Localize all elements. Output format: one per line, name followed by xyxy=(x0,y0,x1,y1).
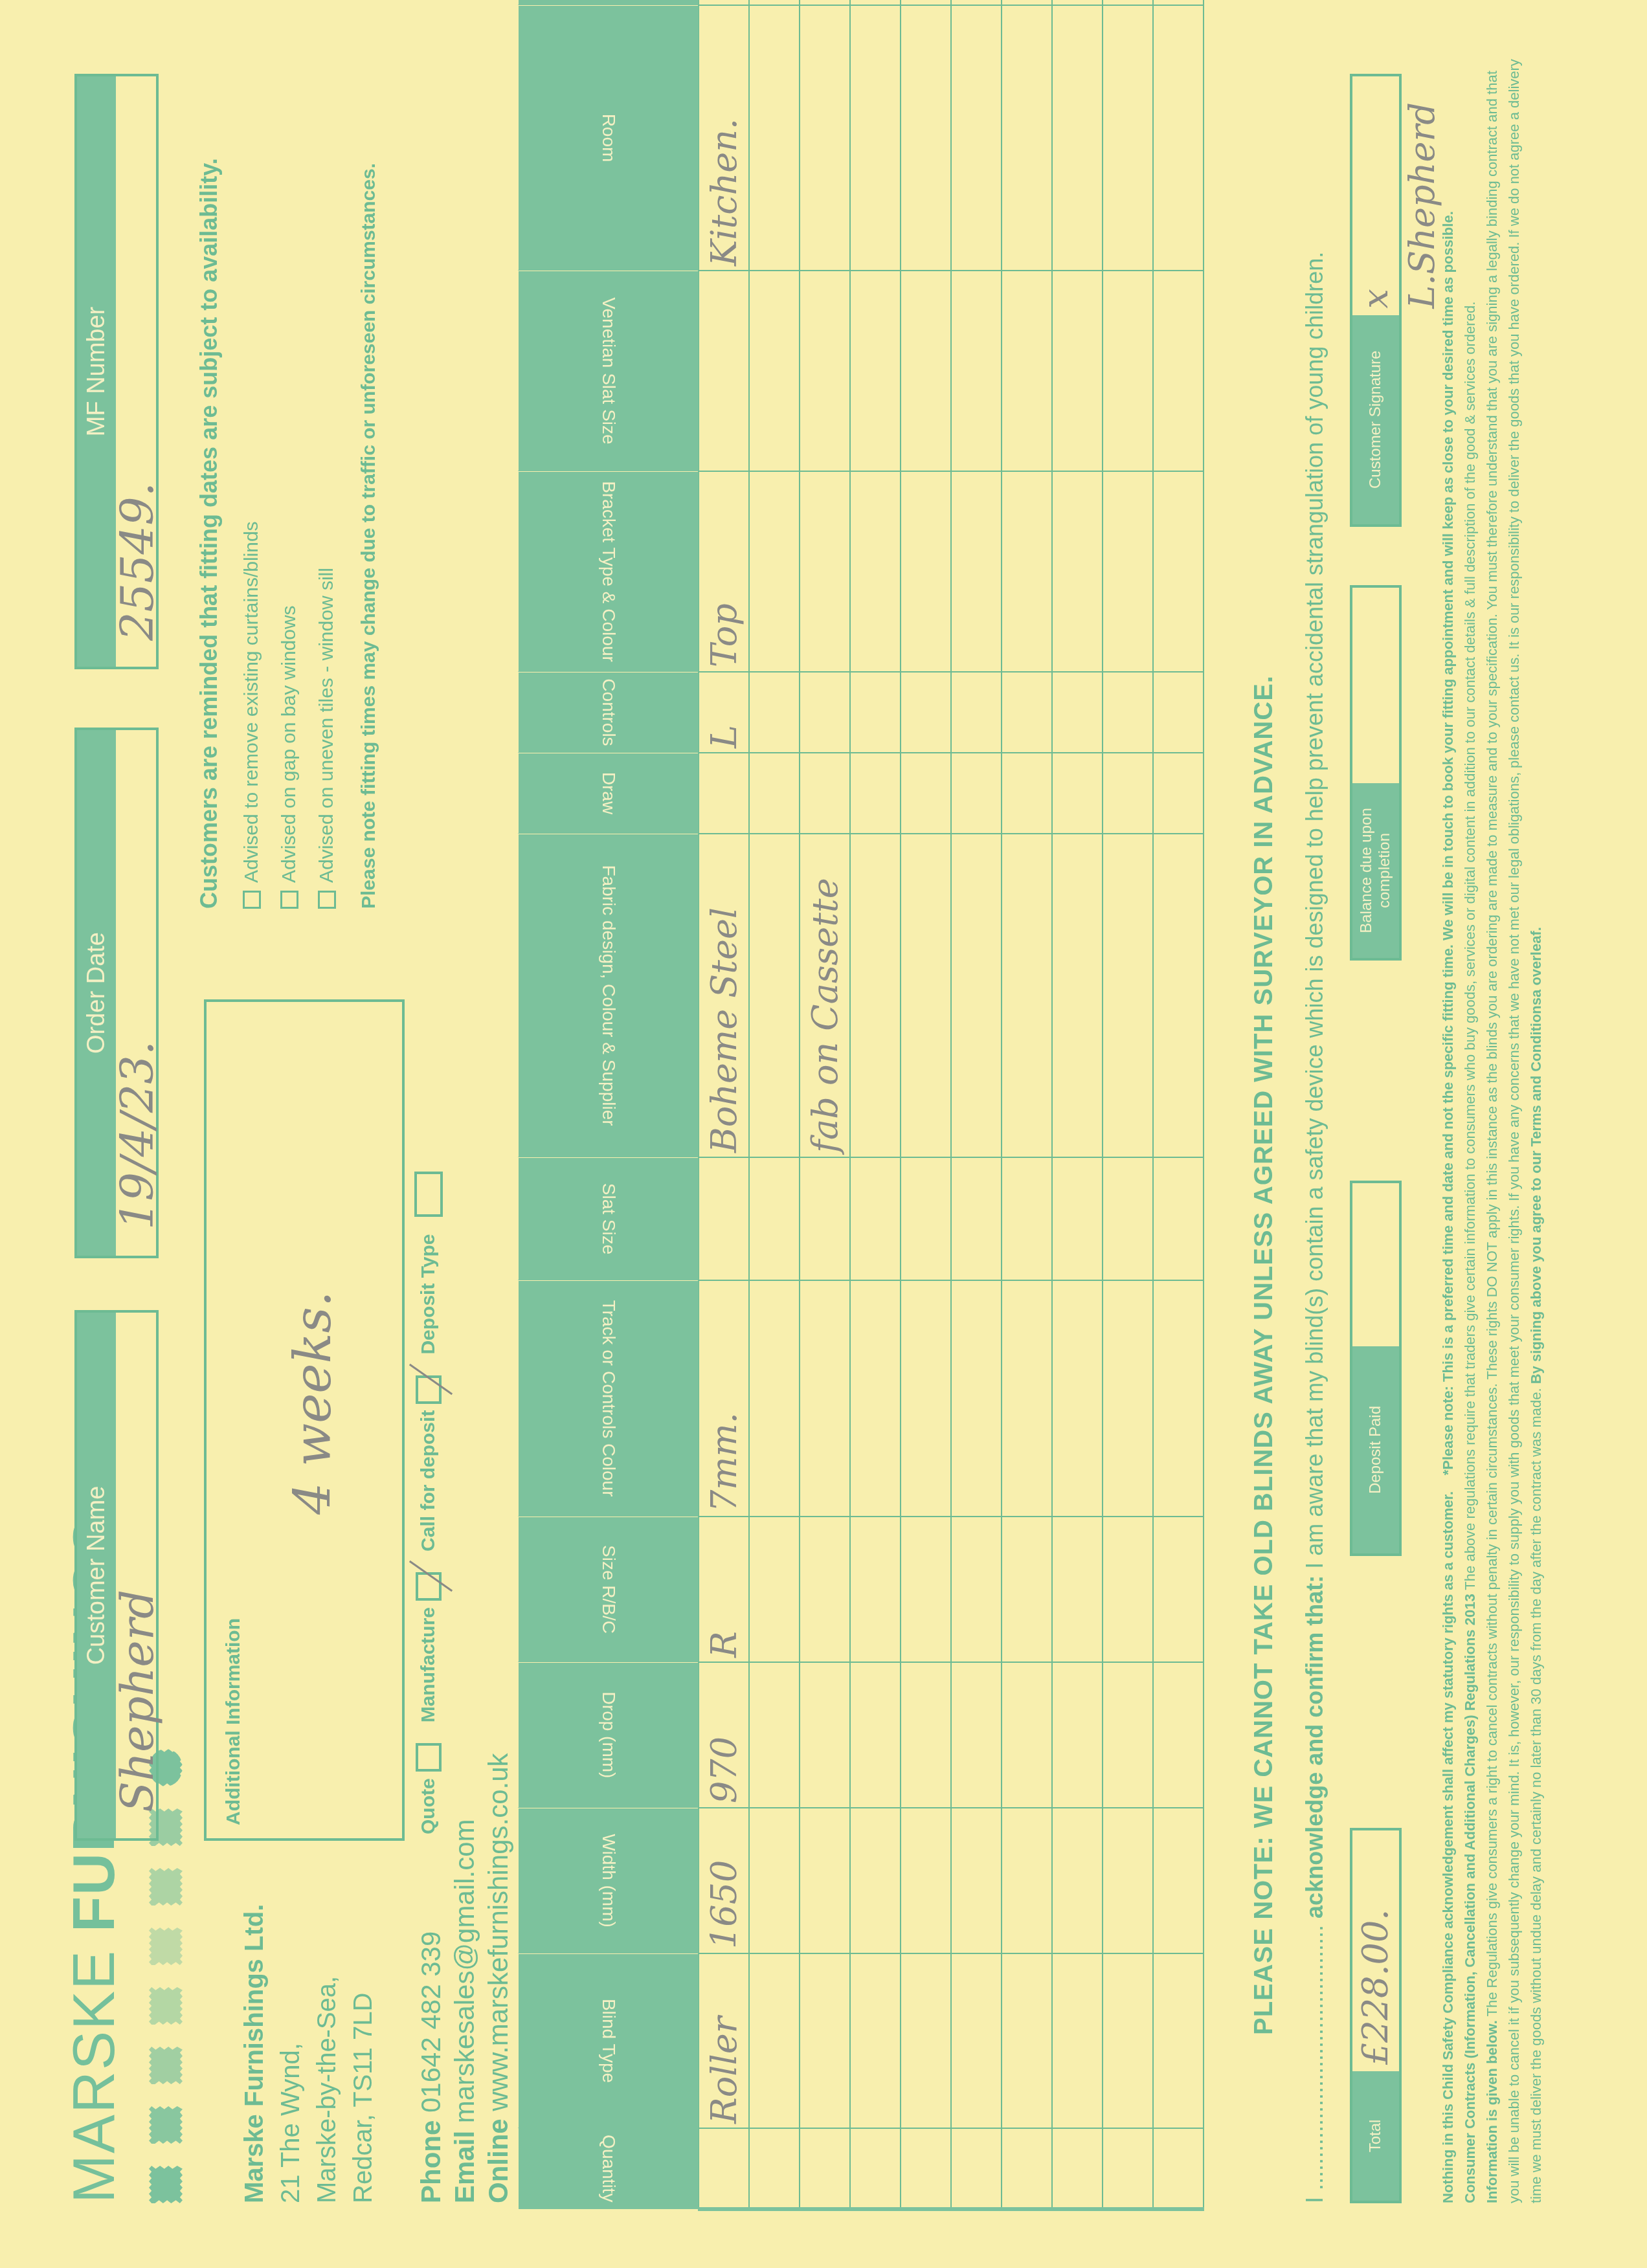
table-row xyxy=(1103,0,1153,2209)
table-cell[interactable] xyxy=(951,1280,1002,1517)
advice-label: Advised on uneven tiles - window sill xyxy=(317,568,337,883)
table-cell[interactable] xyxy=(1052,834,1103,1157)
table-cell[interactable] xyxy=(1052,1808,1103,1953)
table-cell[interactable] xyxy=(850,672,901,753)
table-cell[interactable] xyxy=(1103,1808,1153,1953)
table-cell[interactable] xyxy=(749,672,800,753)
table-cell[interactable] xyxy=(951,1157,1002,1280)
table-cell[interactable] xyxy=(850,1953,901,2128)
advice-check-item[interactable]: Advised on uneven tiles - window sill xyxy=(317,100,337,909)
table-cell[interactable] xyxy=(749,471,800,672)
table-cell[interactable] xyxy=(1002,1662,1052,1808)
regulations-text: The above regulations require that trade… xyxy=(1462,302,1478,1590)
column-header: Quantity xyxy=(518,2128,699,2209)
website-url: www.marskefurnishings.co.uk xyxy=(483,1753,513,2111)
scanned-page: MARSKE FURNISHINGS Marske Furnishings Lt… xyxy=(0,0,1647,2268)
table-cell[interactable] xyxy=(901,471,951,672)
balance-due-value[interactable] xyxy=(1352,777,1399,783)
table-cell[interactable] xyxy=(901,1662,951,1808)
table-cell[interactable] xyxy=(1052,1517,1103,1662)
table-cell[interactable] xyxy=(1153,1953,1204,2128)
table-cell[interactable] xyxy=(1103,0,1153,5)
customer-name-label: Customer Name xyxy=(77,1313,116,1838)
quote-checkbox[interactable] xyxy=(416,1743,442,1772)
table-cell[interactable] xyxy=(1153,1517,1204,1662)
table-cell[interactable] xyxy=(951,5,1002,271)
table-cell[interactable] xyxy=(951,0,1002,5)
table-cell[interactable] xyxy=(850,834,901,1157)
additional-info-box[interactable]: Additional Information 4 weeks. xyxy=(204,999,405,1841)
table-cell[interactable] xyxy=(901,753,951,834)
table-cell[interactable] xyxy=(901,1280,951,1517)
table-cell[interactable]: Boheme Steel xyxy=(699,834,749,1157)
table-cell[interactable] xyxy=(951,1953,1002,2128)
order-date-field[interactable]: Order Date 19/4/23. xyxy=(74,728,159,1258)
table-cell[interactable] xyxy=(800,471,850,672)
table-cell[interactable] xyxy=(699,753,749,834)
table-cell[interactable] xyxy=(901,5,951,271)
fine-print: Nothing in this Child Safety Compliance … xyxy=(1437,48,1547,2203)
table-cell[interactable] xyxy=(1052,1662,1103,1808)
customer-signature-label: Customer Signature xyxy=(1352,315,1399,524)
address-line: Redcar, TS11 7LD xyxy=(345,1904,381,2203)
call-for-deposit-label: Call for deposit xyxy=(418,1410,440,1551)
table-cell[interactable]: 7mm. xyxy=(699,1280,749,1517)
table-cell[interactable] xyxy=(1103,753,1153,834)
table-cell[interactable] xyxy=(749,1280,800,1517)
table-cell[interactable] xyxy=(749,0,800,5)
table-cell[interactable] xyxy=(1052,0,1103,5)
ack-heading: acknowledge and confirm that: xyxy=(1301,1575,1328,1918)
call-for-deposit-checkbox[interactable] xyxy=(416,1375,442,1404)
table-body: Roller1650970R7mm.Boheme SteelLTopKitche… xyxy=(699,0,1204,2209)
table-cell[interactable] xyxy=(850,1517,901,1662)
fitting-time-warning: Please note fitting times may change due… xyxy=(356,100,382,909)
table-cell[interactable] xyxy=(1002,1953,1052,2128)
table-cell[interactable] xyxy=(1103,834,1153,1157)
table-cell[interactable] xyxy=(1002,1157,1052,1280)
customer-signature-value[interactable]: x L.Shepherd xyxy=(1352,76,1399,315)
column-header: Controls xyxy=(518,672,699,753)
fitting-reminder: Customers are reminded that fitting date… xyxy=(194,100,224,909)
table-cell[interactable] xyxy=(901,1157,951,1280)
table-cell[interactable] xyxy=(749,1953,800,2128)
additional-info-value[interactable]: 4 weeks. xyxy=(284,1291,342,1515)
swatch-icon xyxy=(149,2047,183,2084)
column-header: Venetian Slat Size xyxy=(518,271,699,471)
ack-text: I am aware that my blind(s) contain a sa… xyxy=(1301,252,1328,1575)
table-cell[interactable] xyxy=(1103,1517,1153,1662)
table-cell[interactable] xyxy=(951,834,1002,1157)
balance-due-label: Balance due upon completion xyxy=(1352,783,1399,958)
table-cell[interactable] xyxy=(901,1953,951,2128)
table-row xyxy=(901,0,951,2209)
column-header: Bracket Type & Colour xyxy=(518,471,699,672)
table-row: fab on Cassette xyxy=(800,0,850,2209)
table-cell[interactable] xyxy=(749,1808,800,1953)
info-heading: Information is given below. xyxy=(1484,2020,1500,2203)
company-name: Marske Furnishings Ltd. xyxy=(236,1904,273,2203)
table-cell[interactable] xyxy=(699,2128,749,2209)
table-cell[interactable]: 900 xyxy=(699,0,749,5)
table-cell[interactable] xyxy=(749,1157,800,1280)
column-header: Fabric design, Colour & Supplier xyxy=(518,834,699,1157)
table-row xyxy=(850,0,901,2209)
swatch-icon xyxy=(149,1928,183,1965)
table-cell[interactable] xyxy=(901,1517,951,1662)
table-cell[interactable] xyxy=(1052,1280,1103,1517)
mf-number-field[interactable]: MF Number 25549. xyxy=(74,74,159,669)
balance-due-field[interactable]: Balance due upon completion xyxy=(1350,585,1402,961)
table-cell[interactable] xyxy=(1002,753,1052,834)
deposit-paid-field[interactable]: Deposit Paid xyxy=(1350,1181,1402,1556)
customer-name-field[interactable]: Customer Name Shepherd xyxy=(74,1310,159,1841)
quote-label: Quote xyxy=(418,1778,440,1834)
table-cell[interactable] xyxy=(1052,471,1103,672)
table-cell[interactable]: Top xyxy=(699,471,749,672)
table-cell[interactable] xyxy=(1153,834,1204,1157)
table-cell[interactable] xyxy=(1153,1280,1204,1517)
table-cell[interactable] xyxy=(850,1157,901,1280)
table-cell[interactable] xyxy=(1103,1662,1153,1808)
table-cell[interactable] xyxy=(800,0,850,5)
table-cell[interactable] xyxy=(1002,0,1052,5)
table-row: Roller1650970R7mm.Boheme SteelLTopKitche… xyxy=(699,0,749,2209)
table-cell[interactable] xyxy=(1002,271,1052,471)
table-cell[interactable] xyxy=(850,0,901,5)
email-label: Email xyxy=(449,2131,480,2203)
table-cell[interactable] xyxy=(749,1517,800,1662)
table-cell[interactable] xyxy=(1153,471,1204,672)
table-cell[interactable] xyxy=(800,1808,850,1953)
swatch-icon xyxy=(149,2106,183,2144)
table-cell[interactable] xyxy=(1103,5,1153,271)
table-cell[interactable] xyxy=(951,672,1002,753)
table-cell[interactable] xyxy=(1052,1157,1103,1280)
mf-number-label: MF Number xyxy=(77,76,116,667)
table-cell[interactable] xyxy=(699,271,749,471)
table-cell[interactable] xyxy=(951,2128,1002,2209)
table-cell[interactable] xyxy=(749,271,800,471)
terms-agreement: By signing above you agree to our Terms … xyxy=(1528,927,1544,1384)
table-cell[interactable]: 1650 xyxy=(699,1808,749,1953)
preferred-time-note: *Please note: This is a preferred time a… xyxy=(1440,211,1456,1475)
column-header: Size R/B/C xyxy=(518,1517,699,1662)
table-cell[interactable] xyxy=(1103,672,1153,753)
table-cell[interactable] xyxy=(901,2128,951,2209)
deposit-type-field[interactable] xyxy=(414,1172,443,1217)
table-cell[interactable] xyxy=(1052,5,1103,271)
column-header: Blind Type xyxy=(518,1953,699,2128)
table-cell[interactable] xyxy=(1153,0,1204,5)
table-cell[interactable] xyxy=(1103,1157,1153,1280)
table-cell[interactable]: R xyxy=(699,1517,749,1662)
table-cell[interactable] xyxy=(951,271,1002,471)
table-cell[interactable]: 970 xyxy=(699,1662,749,1808)
table-cell[interactable] xyxy=(1052,2128,1103,2209)
advice-check-item[interactable]: Advised to remove existing curtains/blin… xyxy=(242,100,262,909)
column-header: Room xyxy=(518,5,699,271)
table-cell[interactable] xyxy=(800,672,850,753)
table-row xyxy=(749,0,800,2209)
table-row xyxy=(951,0,1002,2209)
table-cell[interactable] xyxy=(850,1808,901,1953)
table-cell[interactable] xyxy=(800,271,850,471)
table-row xyxy=(1153,0,1204,2209)
table-cell[interactable] xyxy=(1103,271,1153,471)
table-cell[interactable] xyxy=(1002,2128,1052,2209)
table-cell[interactable] xyxy=(1052,1953,1103,2128)
old-blinds-notice: PLEASE NOTE: WE CANNOT TAKE OLD BLINDS A… xyxy=(1249,675,1279,2035)
table-cell[interactable] xyxy=(749,5,800,271)
table-cell[interactable] xyxy=(1153,2128,1204,2209)
table-cell[interactable] xyxy=(1103,1953,1153,2128)
checkbox-icon[interactable] xyxy=(318,891,336,909)
table-cell[interactable] xyxy=(1103,471,1153,672)
swatch-icon xyxy=(149,1987,183,2025)
table-cell[interactable] xyxy=(800,5,850,271)
table-cell[interactable] xyxy=(699,1157,749,1280)
deposit-paid-value[interactable] xyxy=(1352,1340,1399,1346)
safety-acknowledgement: I ......................................… xyxy=(1301,252,1328,2203)
table-cell[interactable] xyxy=(1002,672,1052,753)
phone-number: 01642 482 339 xyxy=(416,1931,446,2113)
table-cell[interactable] xyxy=(1153,5,1204,271)
advice-label: Advised to remove existing curtains/blin… xyxy=(242,521,262,883)
table-cell[interactable] xyxy=(1002,1280,1052,1517)
table-cell[interactable] xyxy=(850,1280,901,1517)
total-field[interactable]: Total £228.00. xyxy=(1350,1828,1402,2203)
table-cell[interactable] xyxy=(800,1953,850,2128)
advice-check-item[interactable]: Advised on gap on bay windows xyxy=(280,100,299,909)
table-cell[interactable] xyxy=(1153,672,1204,753)
table-cell[interactable] xyxy=(1153,271,1204,471)
order-items-table: QuantityBlind TypeWidth (mm)Drop (mm)Siz… xyxy=(518,0,1204,2211)
table-cell[interactable]: L xyxy=(699,672,749,753)
table-cell[interactable] xyxy=(749,753,800,834)
table-row xyxy=(1052,0,1103,2209)
table-cell[interactable] xyxy=(749,1662,800,1808)
table-cell[interactable]: Roller xyxy=(699,1953,749,2128)
table-cell[interactable] xyxy=(1002,834,1052,1157)
table-cell[interactable]: fab on Cassette xyxy=(800,834,850,1157)
table-cell[interactable] xyxy=(1052,753,1103,834)
table-cell[interactable] xyxy=(1153,753,1204,834)
checkbox-icon[interactable] xyxy=(243,891,261,909)
phone-label: Phone xyxy=(416,2120,446,2203)
mf-number-value[interactable]: 25549. xyxy=(116,76,159,667)
email-address: marskesales@gmail.com xyxy=(449,1819,480,2124)
table-cell[interactable] xyxy=(800,753,850,834)
manufacture-label: Manufacture xyxy=(418,1607,440,1722)
table-cell[interactable] xyxy=(951,1662,1002,1808)
table-cell[interactable] xyxy=(850,753,901,834)
column-header: Track or Controls Colour xyxy=(518,1280,699,1517)
swatch-icon xyxy=(149,1868,183,1906)
table-cell[interactable] xyxy=(749,834,800,1157)
column-header: Drop (mm) xyxy=(518,1662,699,1808)
customer-name-value[interactable]: Shepherd xyxy=(116,1313,159,1838)
order-options: Quote Manufacture Call for deposit Depos… xyxy=(414,1172,443,1834)
table-cell[interactable] xyxy=(1002,1808,1052,1953)
table-cell[interactable] xyxy=(1103,1280,1153,1517)
table-cell[interactable] xyxy=(901,271,951,471)
total-value[interactable]: £228.00. xyxy=(1352,1909,1399,2071)
table-cell[interactable] xyxy=(1052,271,1103,471)
table-row xyxy=(1002,0,1052,2209)
order-date-label: Order Date xyxy=(77,730,116,1256)
table-cell[interactable]: Kitchen. xyxy=(699,5,749,271)
table-cell[interactable] xyxy=(800,1662,850,1808)
ack-name-blank: I ......................................… xyxy=(1301,1918,1328,2203)
online-label: Online xyxy=(483,2118,513,2203)
manufacture-checkbox[interactable] xyxy=(416,1572,442,1601)
table-cell[interactable] xyxy=(901,672,951,753)
table-cell[interactable] xyxy=(901,834,951,1157)
statutory-rights-note: Nothing in this Child Safety Compliance … xyxy=(1440,1491,1456,2203)
table-cell[interactable] xyxy=(901,0,951,5)
fitting-notices: Customers are reminded that fitting date… xyxy=(194,100,382,909)
order-form: MARSKE FURNISHINGS Marske Furnishings Lt… xyxy=(0,0,1647,2268)
table-cell[interactable] xyxy=(850,5,901,271)
table-cell[interactable] xyxy=(850,1662,901,1808)
deposit-type-label: Deposit Type xyxy=(418,1234,440,1354)
table-cell[interactable] xyxy=(1002,5,1052,271)
table-cell[interactable] xyxy=(850,271,901,471)
column-header: Slat Size xyxy=(518,1157,699,1280)
column-header: Width (mm) xyxy=(518,1808,699,1953)
table-cell[interactable] xyxy=(1153,1808,1204,1953)
table-cell[interactable] xyxy=(749,2128,800,2209)
additional-info-label: Additional Information xyxy=(223,1618,245,1825)
table-cell[interactable] xyxy=(901,1808,951,1953)
table-cell[interactable] xyxy=(800,1157,850,1280)
company-address: Marske Furnishings Ltd. 21 The Wynd, Mar… xyxy=(236,1904,381,2203)
address-line: 21 The Wynd, xyxy=(273,1904,309,2203)
table-cell[interactable] xyxy=(800,1517,850,1662)
table-cell[interactable] xyxy=(850,2128,901,2209)
table-cell[interactable] xyxy=(850,471,901,672)
table-header-row: QuantityBlind TypeWidth (mm)Drop (mm)Siz… xyxy=(518,0,699,2209)
advice-label: Advised on gap on bay windows xyxy=(280,605,299,883)
column-header: Draw xyxy=(518,753,699,834)
checkbox-icon[interactable] xyxy=(280,891,298,909)
table-cell[interactable] xyxy=(1153,1157,1204,1280)
table-cell[interactable] xyxy=(1153,1662,1204,1808)
table-cell[interactable] xyxy=(1002,471,1052,672)
table-cell[interactable] xyxy=(1052,672,1103,753)
table-cell[interactable] xyxy=(800,2128,850,2209)
address-line: Marske-by-the-Sea, xyxy=(309,1904,345,2203)
table-cell[interactable] xyxy=(951,753,1002,834)
customer-signature-field[interactable]: Customer Signature x L.Shepherd xyxy=(1350,74,1402,527)
table-cell[interactable] xyxy=(951,1808,1002,1953)
swatch-icon xyxy=(149,2166,183,2203)
column-header: Control Length xyxy=(518,0,699,5)
order-date-value[interactable]: 19/4/23. xyxy=(116,730,159,1256)
deposit-paid-label: Deposit Paid xyxy=(1352,1346,1399,1553)
regulations-heading: Consumer Contracts (Information, Cancell… xyxy=(1462,1594,1478,2203)
table-cell[interactable] xyxy=(1103,2128,1153,2209)
table-cell[interactable] xyxy=(800,1280,850,1517)
table-cell[interactable] xyxy=(1002,1517,1052,1662)
total-label: Total xyxy=(1352,2071,1399,2201)
table-cell[interactable] xyxy=(951,471,1002,672)
table-cell[interactable] xyxy=(951,1517,1002,1662)
